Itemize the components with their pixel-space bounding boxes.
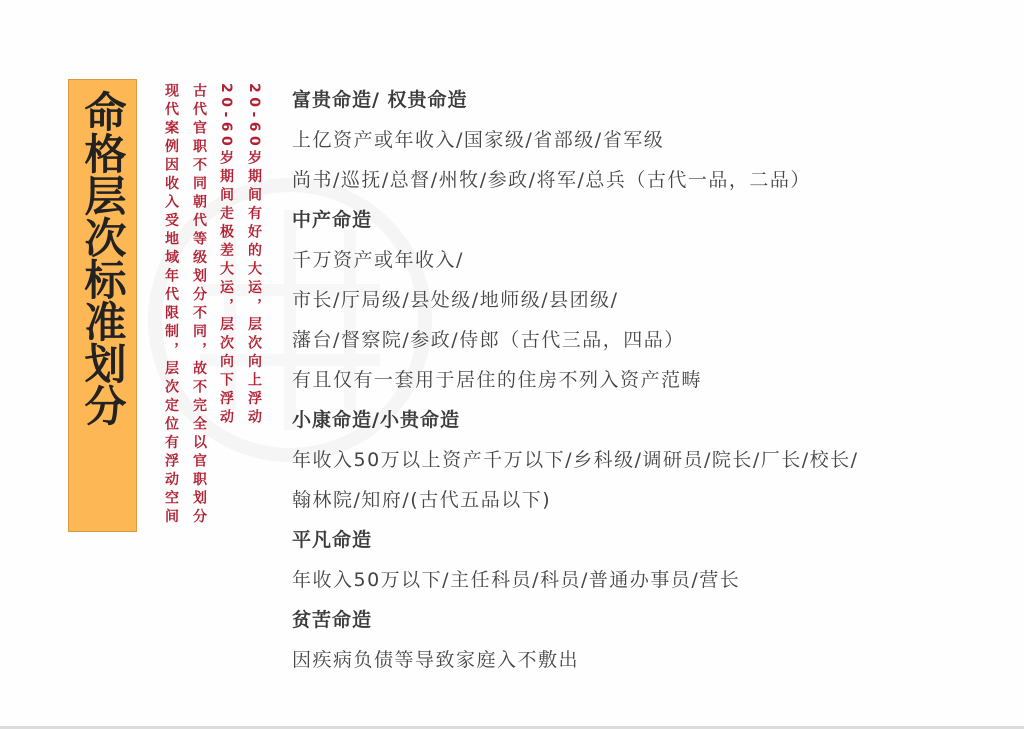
section-heading-comfortable: 小康命造/小贵命造 bbox=[292, 400, 859, 440]
section-heading-ordinary: 平凡命造 bbox=[292, 520, 859, 560]
section-heading-poor: 贫苦命造 bbox=[292, 600, 859, 640]
section-line: 尚书/巡抚/总督/州牧/参政/将军/总兵（古代一品，二品） bbox=[292, 160, 859, 200]
content-list: 富贵命造/ 权贵命造 上亿资产或年收入/国家级/省部级/省军级 尚书/巡抚/总督… bbox=[292, 80, 859, 680]
section-line: 市长/厅局级/县处级/地师级/县团级/ bbox=[292, 280, 859, 320]
section-line: 有且仅有一套用于居住的住房不列入资产范畴 bbox=[292, 360, 859, 400]
section-line: 千万资产或年收入/ bbox=[292, 240, 859, 280]
note-modern-cases: 现代案例因收入受地域年代限制，层次定位有浮动空间 bbox=[163, 83, 179, 527]
slide: 命格层次标准划分 20-60岁期间有好的大运，层次向上浮动 20-60岁期间走极… bbox=[0, 0, 1024, 726]
note-ancient-officials: 古代官职不同朝代等级划分不同，故不完全以官职划分 bbox=[191, 83, 207, 527]
section-line: 年收入50万以下/主任科员/科员/普通办事员/营长 bbox=[292, 560, 859, 600]
page-title: 命格层次标准划分 bbox=[77, 90, 129, 426]
section-line: 藩台/督察院/参政/侍郎（古代三品，四品） bbox=[292, 320, 859, 360]
section-line: 翰林院/知府/(古代五品以下) bbox=[292, 480, 859, 520]
section-heading-middle: 中产命造 bbox=[292, 200, 859, 240]
section-line: 年收入50万以上资产千万以下/乡科级/调研员/院长/厂长/校长/ bbox=[292, 440, 859, 480]
title-banner: 命格层次标准划分 bbox=[68, 79, 137, 532]
section-heading-wealthy: 富贵命造/ 权贵命造 bbox=[292, 80, 859, 120]
section-line: 上亿资产或年收入/国家级/省部级/省军级 bbox=[292, 120, 859, 160]
note-downward: 20-60岁期间走极差大运，层次向下浮动 bbox=[218, 83, 234, 428]
note-upward: 20-60岁期间有好的大运，层次向上浮动 bbox=[246, 83, 262, 428]
section-line: 因疾病负债等导致家庭入不敷出 bbox=[292, 640, 859, 680]
